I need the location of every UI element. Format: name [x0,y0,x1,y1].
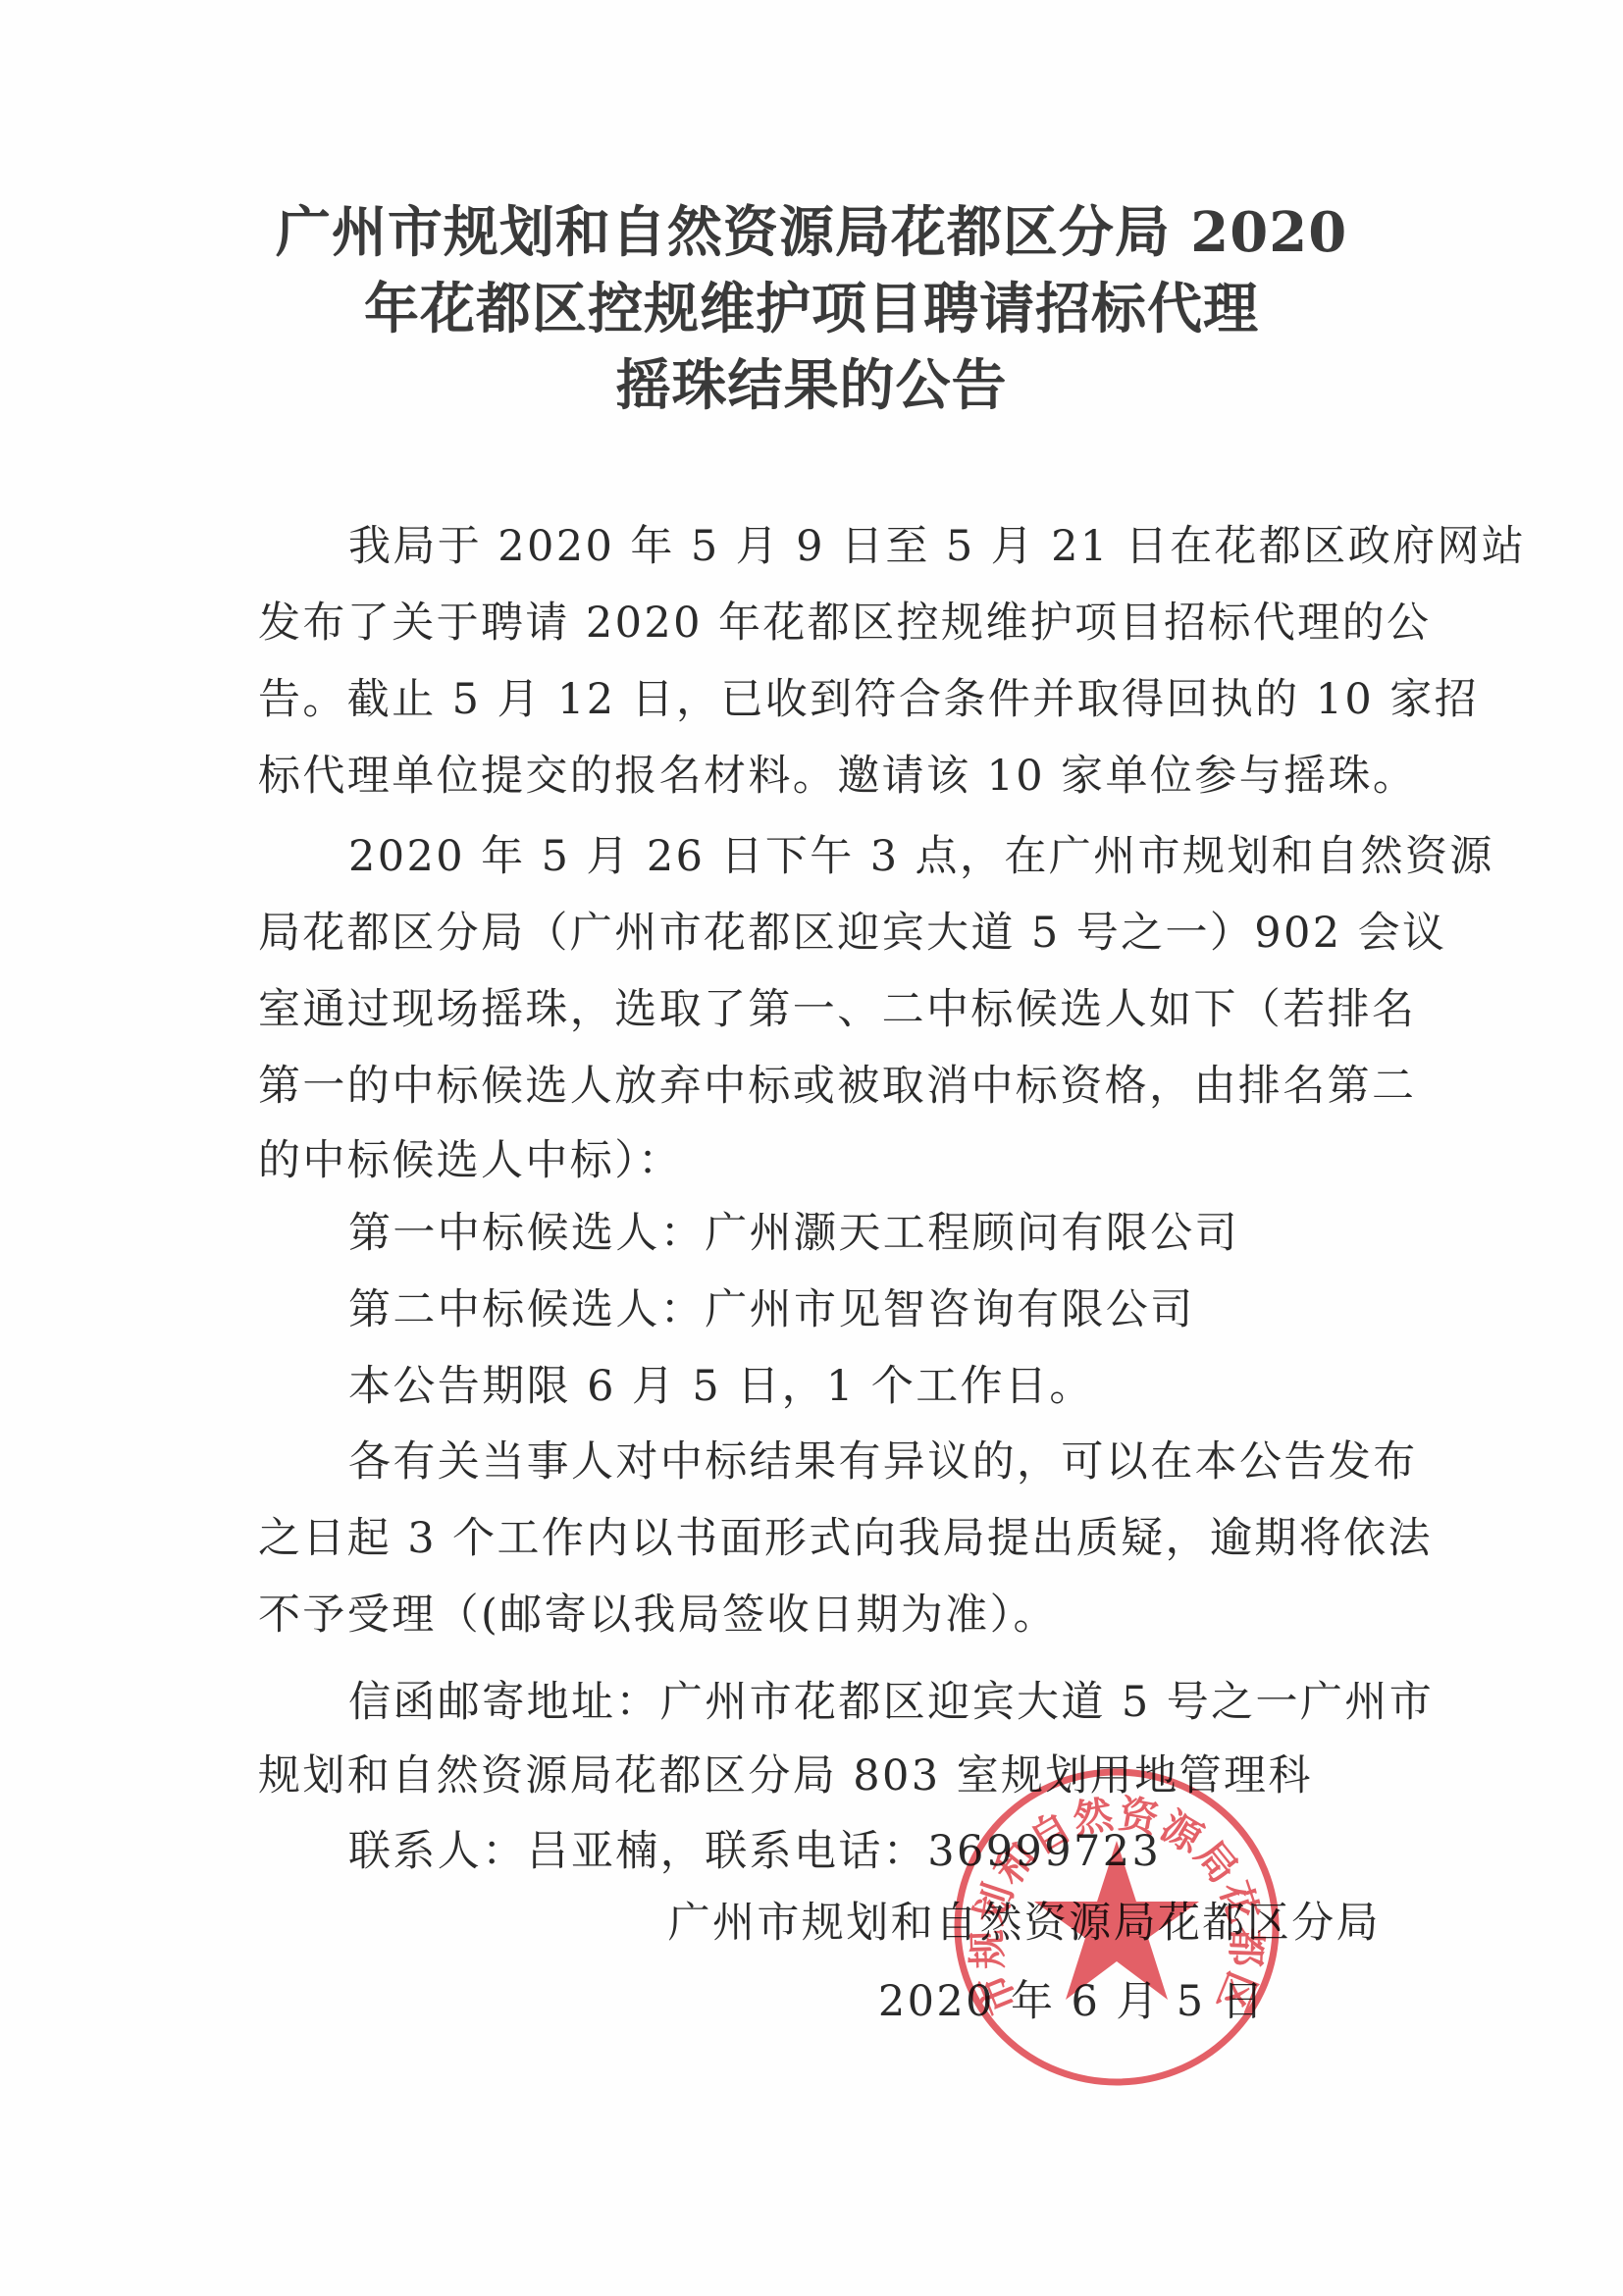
paragraph-2-line-3: 室通过现场摇珠，选取了第一、二中标候选人如下（若排名 [258,971,1387,1048]
signature-date: 2020 年 6 月 5 日 [878,1963,1266,2040]
signature-organization: 广州市规划和自然资源局花都区分局 [668,1885,1381,1961]
document-title-line-2: 年花都区控规维护项目聘请招标代理 [0,271,1623,347]
paragraph-1-line-2: 发布了关于聘请 2020 年花都区控规维护项目招标代理的公 [258,585,1387,661]
document-title-line-3: 摇珠结果的公告 [0,347,1623,424]
paragraph-2-line-2: 局花都区分局（广州市花都区迎宾大道 5 号之一）902 会议 [258,895,1387,971]
notice-period: 本公告期限 6 月 5 日，1 个工作日。 [258,1348,1387,1425]
first-candidate: 第一中标候选人：广州灏天工程顾问有限公司 [258,1195,1387,1272]
paragraph-2-line-5: 的中标候选人中标）： [258,1122,1387,1199]
mailing-address-line-1: 信函邮寄地址：广州市花都区迎宾大道 5 号之一广州市 [258,1664,1387,1741]
paragraph-1-line-4: 标代理单位提交的报名材料。邀请该 10 家单位参与摇珠。 [258,738,1387,814]
paragraph-3-line-2: 之日起 3 个工作内以书面形式向我局提出质疑，逾期将依法 [258,1500,1387,1577]
paragraph-1-line-1: 我局于 2020 年 5 月 9 日至 5 月 21 日在花都区政府网站 [258,508,1387,585]
paragraph-3-line-1: 各有关当事人对中标结果有异议的，可以在本公告发布 [258,1424,1387,1500]
paragraph-2-line-1: 2020 年 5 月 26 日下午 3 点，在广州市规划和自然资源 [258,818,1387,895]
paragraph-3-line-3: 不予受理（(邮寄以我局签收日期为准）。 [258,1577,1387,1653]
document-page: 广州市规划和自然资源局花都区分局 2020 年花都区控规维护项目聘请招标代理 摇… [0,0,1623,2296]
paragraph-2-line-4: 第一的中标候选人放弃中标或被取消中标资格，由排名第二 [258,1048,1387,1124]
second-candidate: 第二中标候选人：广州市见智咨询有限公司 [258,1272,1387,1348]
paragraph-1-line-3: 告。截止 5 月 12 日，已收到符合条件并取得回执的 10 家招 [258,661,1387,738]
contact-info: 联系人：吕亚楠，联系电话：36999723 [258,1813,1387,1890]
mailing-address-line-2: 规划和自然资源局花都区分局 803 室规划用地管理科 [258,1738,1387,1814]
document-title-line-1: 广州市规划和自然资源局花都区分局 2020 [0,194,1623,271]
